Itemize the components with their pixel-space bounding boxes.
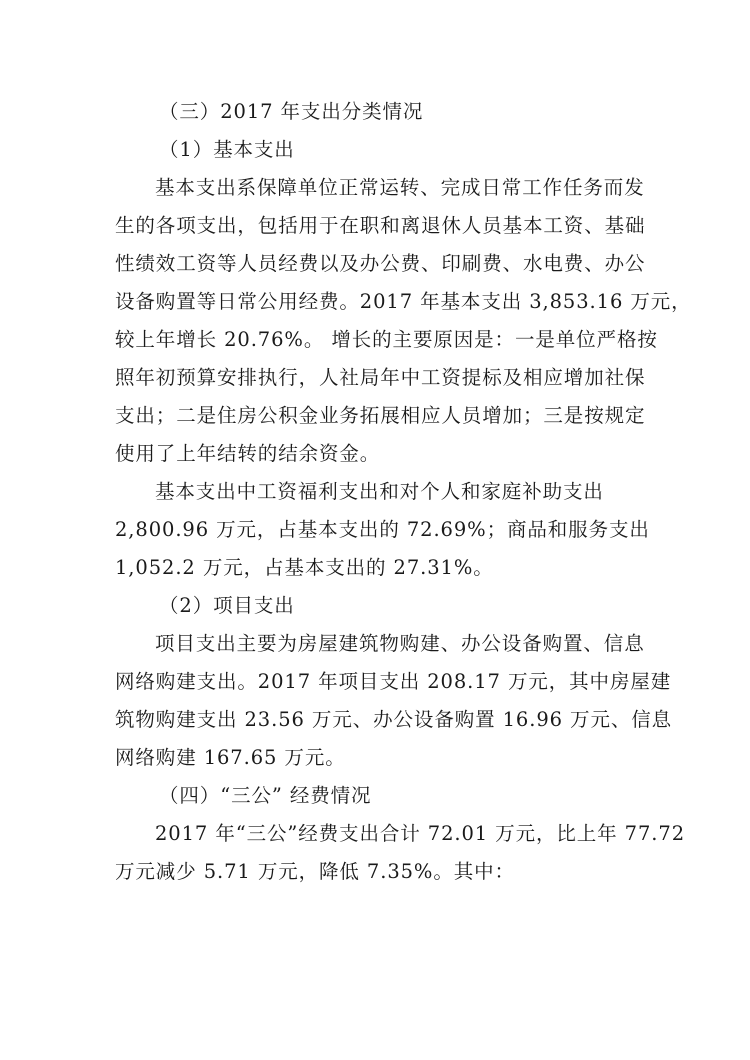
paragraph-project-expenditure: 项目支出主要为房屋建筑物购建、办公设备购置、信息 网络购建支出。2017 年项目… xyxy=(115,625,635,777)
text-line: 生的各项支出，包括用于在职和离退休人员基本工资、基础 xyxy=(115,207,635,245)
paragraph-three-public-expenses: 2017 年“三公”经费支出合计 72.01 万元，比上年 77.72 万元减少… xyxy=(115,815,635,891)
subsection-heading-basic-expenditure: （1）基本支出 xyxy=(115,131,635,169)
section-heading-three-public-expenses: （四）“三公” 经费情况 xyxy=(115,777,635,815)
text-line: 基本支出系保障单位正常运转、完成日常工作任务而发 xyxy=(115,169,635,207)
text-line: 使用了上年结转的结余资金。 xyxy=(115,435,635,473)
section-heading-expenditure-classification: （三）2017 年支出分类情况 xyxy=(115,93,635,131)
paragraph-basic-expenditure-description: 基本支出系保障单位正常运转、完成日常工作任务而发 生的各项支出，包括用于在职和离… xyxy=(115,169,635,473)
paragraph-basic-expenditure-breakdown: 基本支出中工资福利支出和对个人和家庭补助支出 2,800.96 万元，占基本支出… xyxy=(115,473,635,587)
text-line: 筑物购建支出 23.56 万元、办公设备购置 16.96 万元、信息 xyxy=(115,701,635,739)
text-line: 2017 年“三公”经费支出合计 72.01 万元，比上年 77.72 xyxy=(115,815,635,853)
text-line: 支出；二是住房公积金业务拓展相应人员增加；三是按规定 xyxy=(115,397,635,435)
document-page: （三）2017 年支出分类情况 （1）基本支出 基本支出系保障单位正常运转、完成… xyxy=(115,93,635,891)
text-line: 1,052.2 万元，占基本支出的 27.31%。 xyxy=(115,549,635,587)
text-line: 较上年增长 20.76%。 增长的主要原因是：一是单位严格按 xyxy=(115,321,635,359)
subsection-heading-project-expenditure: （2）项目支出 xyxy=(115,587,635,625)
text-line: 性绩效工资等人员经费以及办公费、印刷费、水电费、办公 xyxy=(115,245,635,283)
text-line: 照年初预算安排执行，人社局年中工资提标及相应增加社保 xyxy=(115,359,635,397)
text-line: 网络购建 167.65 万元。 xyxy=(115,739,635,777)
text-line: 2,800.96 万元，占基本支出的 72.69%；商品和服务支出 xyxy=(115,511,635,549)
text-line: 基本支出中工资福利支出和对个人和家庭补助支出 xyxy=(115,473,635,511)
text-line: 项目支出主要为房屋建筑物购建、办公设备购置、信息 xyxy=(115,625,635,663)
text-line: 万元减少 5.71 万元，降低 7.35%。其中： xyxy=(115,853,635,891)
text-line: 设备购置等日常公用经费。2017 年基本支出 3,853.16 万元， xyxy=(115,283,635,321)
text-line: 网络购建支出。2017 年项目支出 208.17 万元，其中房屋建 xyxy=(115,663,635,701)
